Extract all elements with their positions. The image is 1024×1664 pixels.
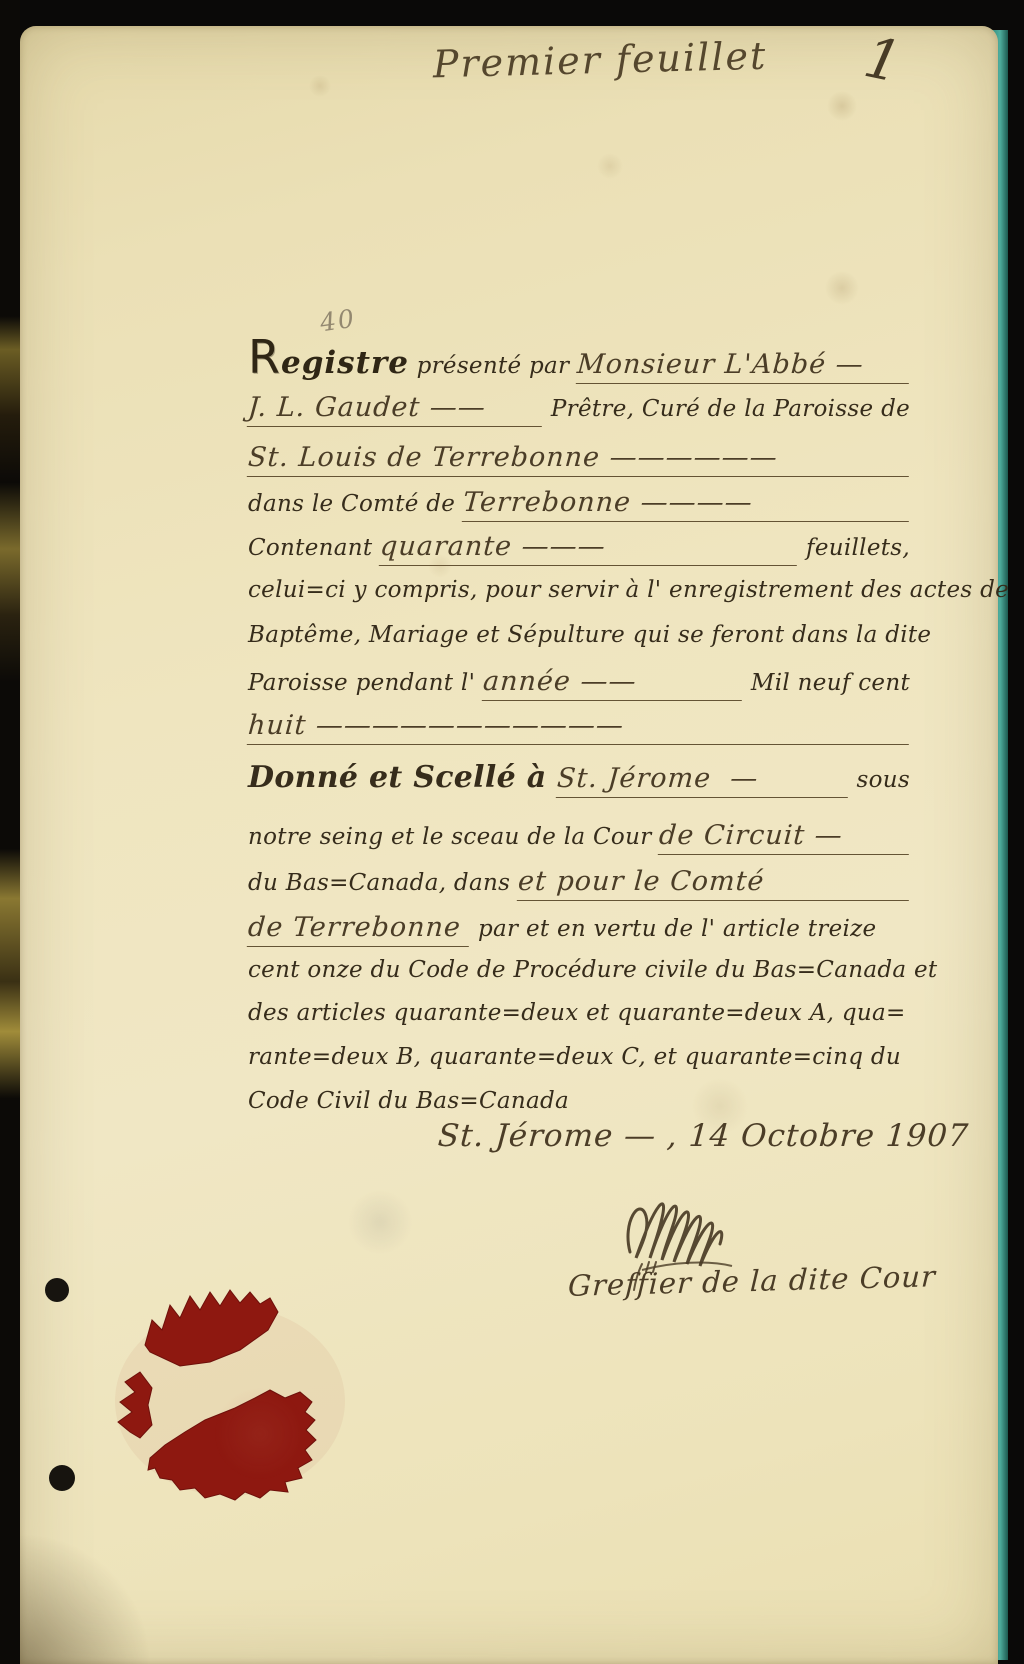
- form-line: cent onze du Code de Procédure civile du…: [248, 957, 910, 983]
- ornate-initial: R: [248, 334, 280, 380]
- handwritten-entry: et pour le Comté: [517, 866, 912, 901]
- form-line: de Terrebonne par et en vertu de l' arti…: [248, 912, 910, 947]
- form-printed-text: Baptême, Mariage et Sépulture qui se fer…: [248, 622, 931, 648]
- form-printed-text: notre seing et le sceau de la Cour: [248, 824, 659, 850]
- pencil-note: 40: [318, 304, 358, 338]
- form-printed-text: présenté par: [409, 353, 577, 379]
- form-line: Baptême, Mariage et Sépulture qui se fer…: [248, 622, 910, 648]
- handwritten-entry: St. Jérome —: [556, 763, 850, 798]
- form-line: J. L. Gaudet —— Prêtre, Curé de la Paroi…: [248, 392, 910, 427]
- wax-seal-fragments: [100, 1276, 360, 1536]
- form-line: rante=deux B, quarante=deux C, et quaran…: [248, 1044, 910, 1070]
- form-printed-text: sous: [849, 767, 910, 793]
- handwritten-entry: Terrebonne ————: [462, 487, 912, 522]
- form-printed-text: Donné et Scellé à: [248, 760, 557, 795]
- punch-hole: [45, 1278, 69, 1302]
- form-printed-text: rante=deux B, quarante=deux C, et quaran…: [248, 1044, 901, 1070]
- form-printed-text: par et en vertu de l' article treize: [470, 916, 876, 942]
- form-printed-text: Contenant: [248, 535, 380, 561]
- form-line: Donné et Scellé à St. Jérome — sous: [248, 760, 910, 798]
- form-line: huit ———————————: [248, 710, 910, 745]
- form-printed-text: egistre: [281, 345, 409, 381]
- form-printed-text: Prêtre, Curé de la Paroisse de: [543, 396, 910, 422]
- handwritten-dateline: St. Jérome — , 14 Octobre 1907: [437, 1118, 970, 1154]
- page-number: 1: [859, 25, 907, 96]
- form-line: des articles quarante=deux et quarante=d…: [248, 1000, 910, 1026]
- form-printed-text: dans le Comté de: [248, 491, 463, 517]
- handwritten-entry: quarante ———: [379, 531, 800, 566]
- handwritten-entry: Monsieur L'Abbé —: [576, 349, 911, 384]
- form-printed-text: du Bas=Canada, dans: [248, 870, 518, 896]
- form-line: notre seing et le sceau de la Cour de Ci…: [248, 820, 910, 855]
- form-line: Paroisse pendant l' année —— Mil neuf ce…: [248, 666, 910, 701]
- form-line: celui=ci y compris, pour servir à l' enr…: [248, 577, 910, 603]
- handwritten-entry: St. Louis de Terrebonne ——————: [247, 442, 911, 477]
- handwritten-entry: J. L. Gaudet ——: [247, 392, 545, 427]
- form-line: dans le Comté de Terrebonne ————: [248, 487, 910, 522]
- form-printed-text: cent onze du Code de Procédure civile du…: [248, 957, 937, 983]
- register-page: Premier feuillet 1 40 Registre présenté …: [20, 26, 998, 1664]
- handwritten-entry: huit ———————————: [247, 710, 911, 745]
- form-printed-text: Mil neuf cent: [743, 670, 910, 696]
- form-line: St. Louis de Terrebonne ——————: [248, 442, 910, 477]
- form-printed-text: feuillets,: [798, 535, 910, 561]
- form-line: Registre présenté par Monsieur L'Abbé —: [248, 334, 910, 384]
- form-line: Code Civil du Bas=Canada: [248, 1088, 910, 1114]
- book-binding-gilt-edge: [0, 0, 20, 1664]
- form-line: du Bas=Canada, dans et pour le Comté: [248, 866, 910, 901]
- form-printed-text: celui=ci y compris, pour servir à l' enr…: [248, 577, 1009, 603]
- form-line: Contenant quarante ——— feuillets,: [248, 531, 910, 566]
- page-annotation: Premier feuillet: [389, 33, 810, 88]
- form-printed-text: Paroisse pendant l': [248, 670, 483, 696]
- punch-hole: [49, 1465, 75, 1491]
- form-printed-text: Code Civil du Bas=Canada: [248, 1088, 569, 1114]
- form-printed-text: des articles quarante=deux et quarante=d…: [248, 1000, 906, 1026]
- handwritten-entry: de Terrebonne: [247, 912, 472, 947]
- handwritten-entry: année ——: [482, 666, 745, 701]
- handwritten-entry: de Circuit —: [658, 820, 911, 855]
